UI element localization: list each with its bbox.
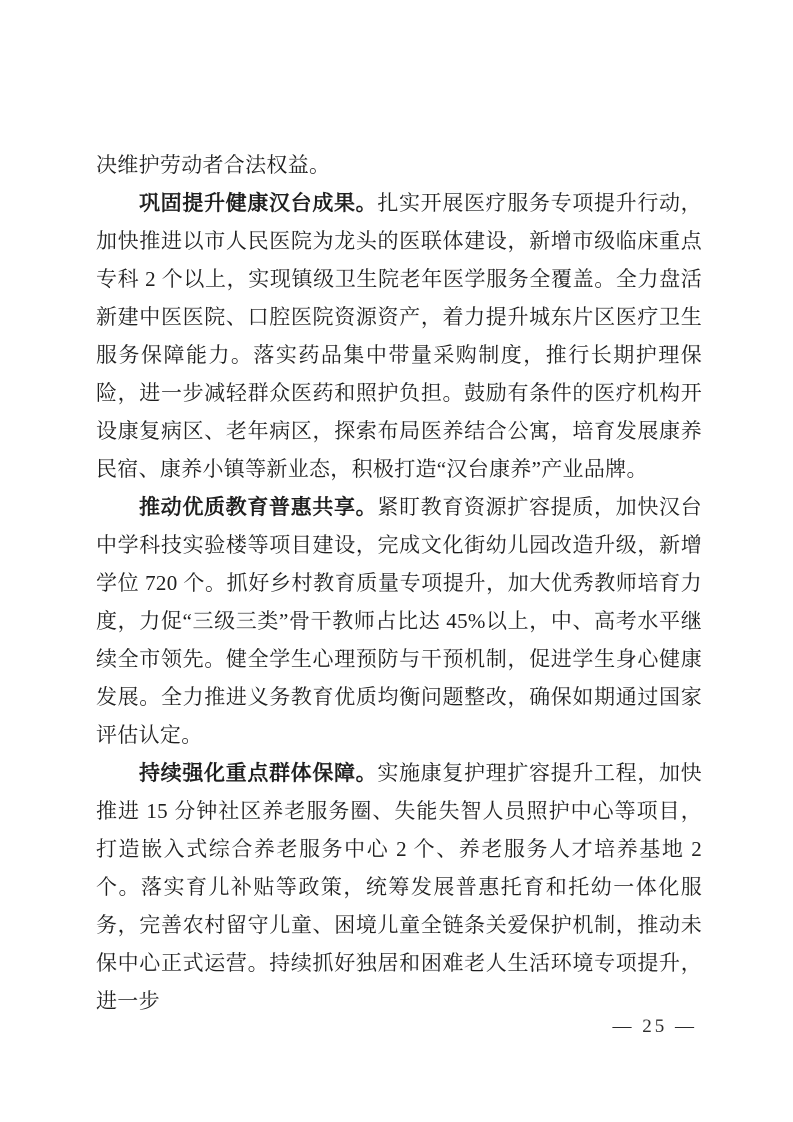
document-body: 决维护劳动者合法权益。 巩固提升健康汉台成果。扎实开展医疗服务专项提升行动，加快…: [96, 146, 702, 1020]
paragraph-lead: 推动优质教育普惠共享。: [139, 495, 377, 519]
page-number: — 25 —: [613, 1012, 698, 1042]
paragraph-lead: 巩固提升健康汉台成果。: [139, 191, 377, 215]
paragraph-education: 推动优质教育普惠共享。紧盯教育资源扩容提质，加快汉台中学科技实验楼等项目建设，完…: [96, 488, 702, 754]
document-page: 决维护劳动者合法权益。 巩固提升健康汉台成果。扎实开展医疗服务专项提升行动，加快…: [0, 0, 793, 1122]
paragraph-body: 紧盯教育资源扩容提质，加快汉台中学科技实验楼等项目建设，完成文化街幼儿园改造升级…: [96, 495, 702, 747]
paragraph-body: 实施康复护理扩容提升工程，加快推进 15 分钟社区养老服务圈、失能失智人员照护中…: [96, 761, 702, 1013]
paragraph-welfare: 持续强化重点群体保障。实施康复护理扩容提升工程，加快推进 15 分钟社区养老服务…: [96, 754, 702, 1020]
paragraph-lead: 持续强化重点群体保障。: [139, 761, 377, 785]
paragraph-body: 决维护劳动者合法权益。: [96, 153, 330, 177]
paragraph-body: 扎实开展医疗服务专项提升行动，加快推进以市人民医院为龙头的医联体建设，新增市级临…: [96, 191, 702, 481]
paragraph-health: 巩固提升健康汉台成果。扎实开展医疗服务专项提升行动，加快推进以市人民医院为龙头的…: [96, 184, 702, 488]
paragraph-continuation: 决维护劳动者合法权益。: [96, 146, 702, 184]
